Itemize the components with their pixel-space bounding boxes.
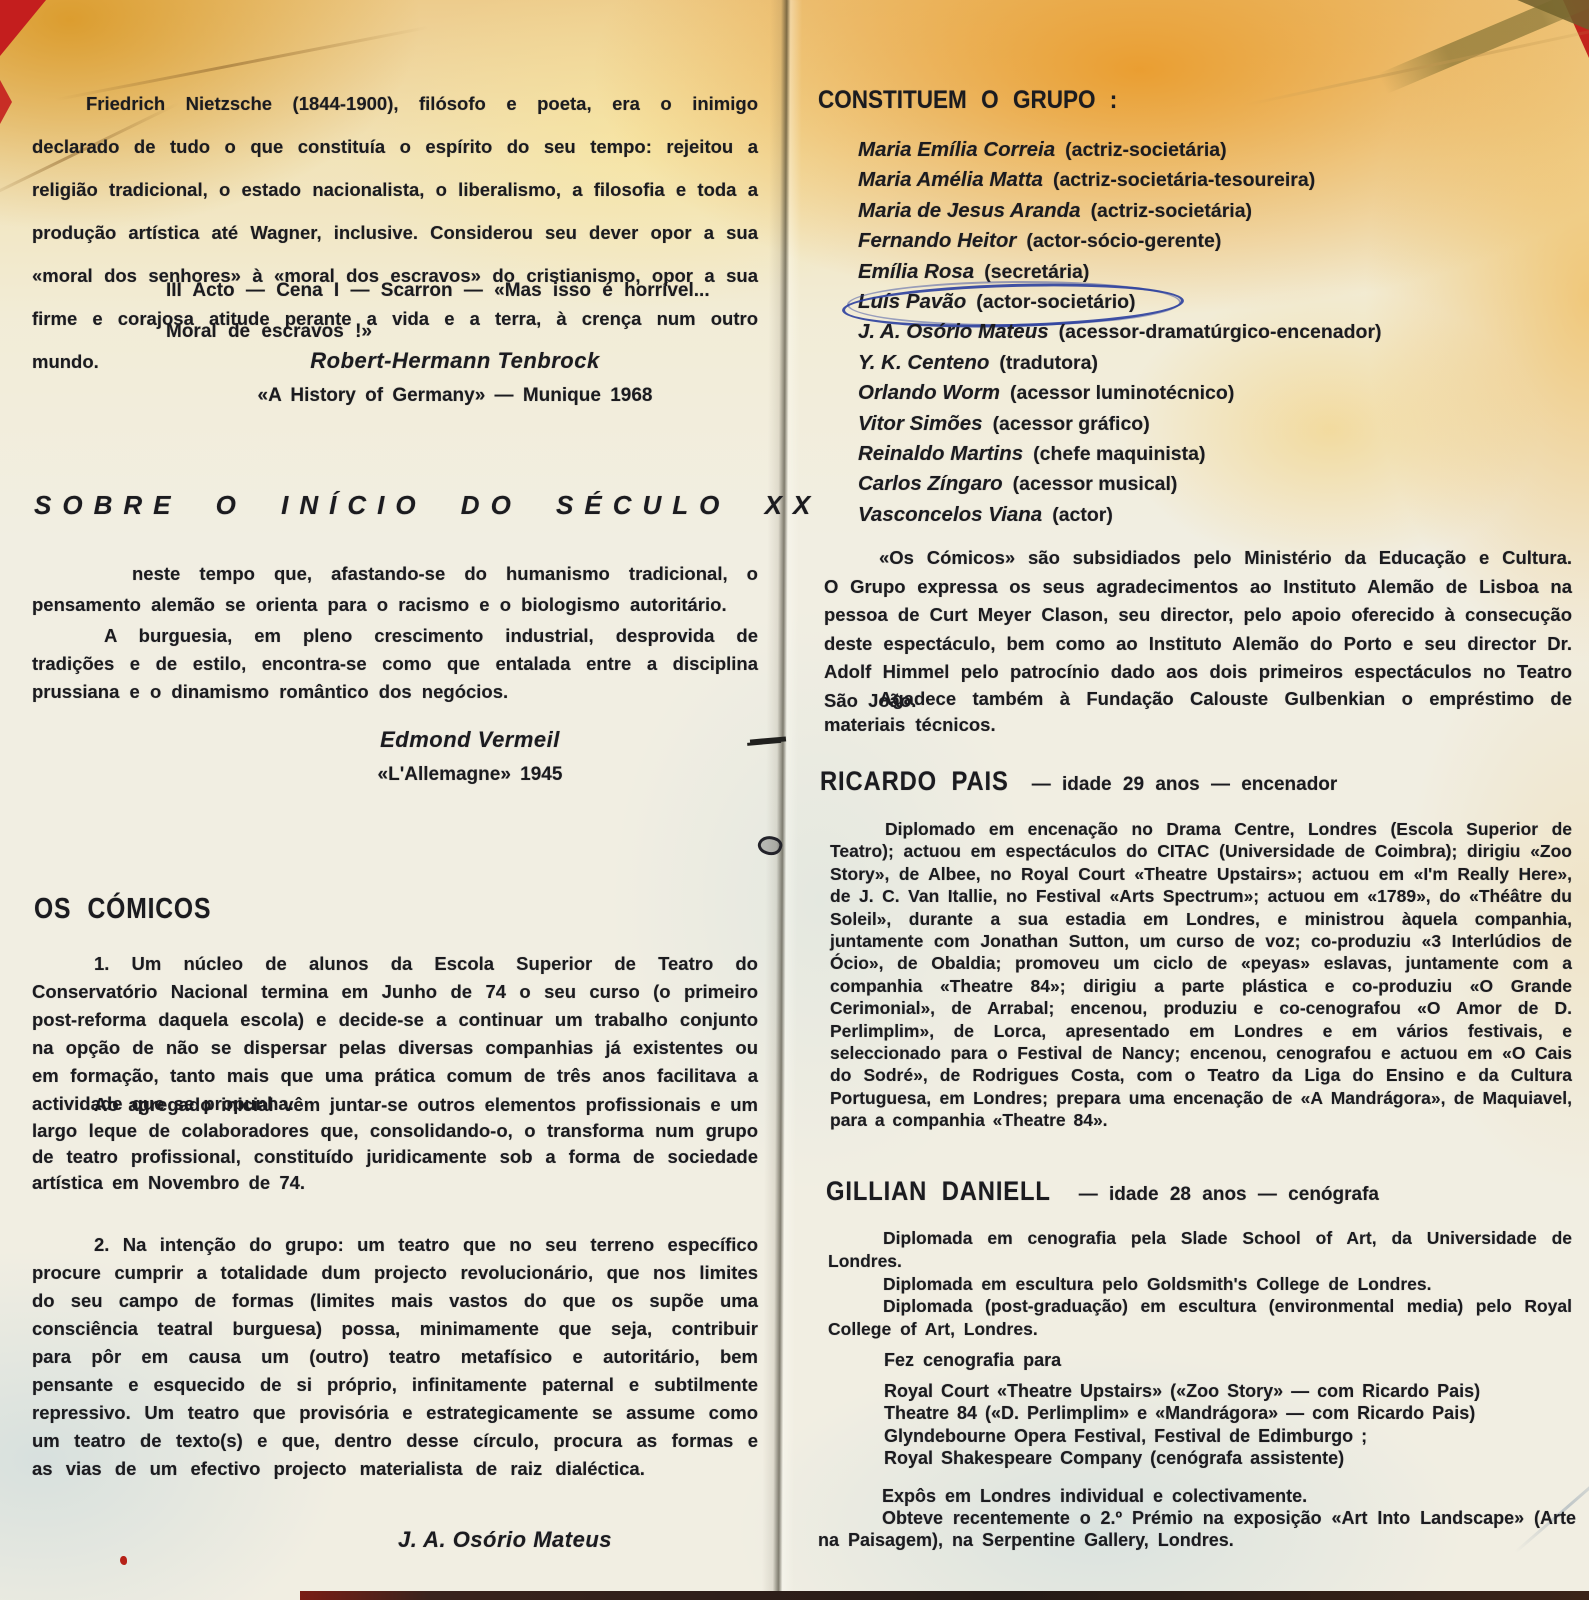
signature-osorio-mateus: J. A. Osório Mateus bbox=[290, 1527, 720, 1553]
group-heading: CONSTITUEM O GRUPO : bbox=[818, 86, 1117, 115]
cenography-credit-list: Royal Court «Theatre Upstairs» («Zoo Sto… bbox=[884, 1380, 1480, 1469]
member-name: Emília Rosa bbox=[858, 260, 974, 283]
member-row: Reinaldo Martins(chefe maquinista) bbox=[858, 440, 1382, 470]
person-name: RICARDO PAIS bbox=[820, 766, 1009, 797]
gillian-diploma-1: Diplomada em cenografia pela Slade Schoo… bbox=[828, 1227, 1572, 1272]
credits-intro-word: Fez bbox=[884, 1350, 914, 1370]
fold-crease-band-top-right bbox=[1378, 0, 1589, 94]
credits-intro: Fez cenografia para bbox=[884, 1350, 1061, 1371]
member-row: Maria Emília Correia(actriz-societária) bbox=[858, 136, 1382, 166]
seculo-paragraph-2: A burguesia, em pleno crescimento indust… bbox=[32, 622, 758, 706]
citation-author: Edmond Vermeil bbox=[260, 727, 680, 753]
member-role: (acessor-dramatúrgico-encenador) bbox=[1059, 321, 1382, 343]
section-heading-seculo-xx: SOBRE O INÍCIO DO SÉCULO XX bbox=[34, 490, 821, 521]
center-fold-gutter bbox=[762, 0, 802, 1600]
member-name: Orlando Worm bbox=[858, 381, 1000, 404]
member-name: Fernando Heitor bbox=[858, 229, 1016, 252]
heading-gillian-daniell: GILLIAN DANIELL — idade 28 anos — cenógr… bbox=[826, 1176, 1379, 1207]
member-role: (chefe maquinista) bbox=[1033, 443, 1205, 465]
scan-edge-mark-left bbox=[0, 80, 12, 124]
member-role: (actor) bbox=[1052, 504, 1113, 526]
member-row: Orlando Worm(acessor luminotécnico) bbox=[858, 379, 1382, 409]
subsidy-paragraph-2: Agadece também à Fundação Calouste Gulbe… bbox=[824, 686, 1572, 738]
scarron-quote: III Acto — Cena I — Scarron — «Mas isso … bbox=[166, 270, 731, 352]
group-member-list: Maria Emília Correia(actriz-societária) … bbox=[858, 136, 1382, 531]
credit-item: Theatre 84 («D. Perlimplim» e «Mandrágor… bbox=[884, 1402, 1480, 1424]
member-name: Vitor Simões bbox=[858, 412, 983, 435]
ricardo-pais-bio: Diplomado em encenação no Drama Centre, … bbox=[830, 818, 1572, 1132]
citation-work: «A History of Germany» — Munique 1968 bbox=[240, 385, 670, 407]
credits-intro-word: para bbox=[1023, 1350, 1061, 1370]
citation-tenbrock: Robert-Hermann Tenbrock «A History of Ge… bbox=[240, 348, 670, 407]
member-row: Vasconcelos Viana(actor) bbox=[858, 501, 1382, 531]
credit-item: Royal Shakespeare Company (cenógrafa ass… bbox=[884, 1447, 1480, 1469]
member-row: Maria de Jesus Aranda(actriz-societária) bbox=[858, 197, 1382, 227]
citation-author: Robert-Hermann Tenbrock bbox=[240, 348, 670, 374]
member-role: (actor-sócio-gerente) bbox=[1026, 230, 1221, 252]
member-name: Maria Amélia Matta bbox=[858, 168, 1043, 191]
gillian-diploma-3: Diplomada (post-graduação) em escultura … bbox=[828, 1295, 1572, 1340]
member-row: Fernando Heitor(actor-sócio-gerente) bbox=[858, 227, 1382, 257]
member-name: Carlos Zíngaro bbox=[858, 472, 1003, 495]
heading-ricardo-pais: RICARDO PAIS — idade 29 anos — encenador bbox=[820, 766, 1337, 797]
member-role: (actriz-societária) bbox=[1091, 200, 1252, 222]
member-row: J. A. Osório Mateus(acessor-dramatúrgico… bbox=[858, 318, 1382, 348]
citation-vermeil: Edmond Vermeil «L'Allemagne» 1945 bbox=[260, 727, 680, 786]
gillian-closing-2: Obteve recentemente o 2.º Prémio na expo… bbox=[818, 1507, 1576, 1552]
credit-item: Glyndebourne Opera Festival, Festival de… bbox=[884, 1425, 1480, 1447]
section-heading-os-comicos: OS CÓMICOS bbox=[34, 893, 211, 926]
credits-intro-word-bold: cenografia bbox=[923, 1350, 1014, 1370]
member-name: Y. K. Centeno bbox=[858, 351, 989, 374]
citation-work: «L'Allemagne» 1945 bbox=[260, 764, 680, 786]
member-name: J. A. Osório Mateus bbox=[858, 320, 1049, 343]
credit-item: Royal Court «Theatre Upstairs» («Zoo Sto… bbox=[884, 1380, 1480, 1402]
comicos-paragraph-1b: Ao agregado inicial vêm juntar-se outros… bbox=[32, 1092, 758, 1196]
person-age-role: — idade 28 anos — cenógrafa bbox=[1079, 1184, 1379, 1205]
member-row: Maria Amélia Matta(actriz-societária-tes… bbox=[858, 166, 1382, 196]
person-age-role: — idade 29 anos — encenador bbox=[1032, 774, 1338, 795]
theatre-program-scan: Friedrich Nietzsche (1844-1900), filósof… bbox=[0, 0, 1589, 1600]
member-row-luis-pavao: Luís Pavão(actor-societário) bbox=[858, 288, 1382, 318]
scan-corner-mark-top-left bbox=[0, 0, 46, 56]
member-role: (actriz-societária-tesoureira) bbox=[1053, 169, 1315, 191]
member-name: Vasconcelos Viana bbox=[858, 503, 1042, 526]
member-row: Vitor Simões(acessor gráfico) bbox=[858, 410, 1382, 440]
member-row: Y. K. Centeno(tradutora) bbox=[858, 349, 1382, 379]
member-role: (acessor luminotécnico) bbox=[1010, 382, 1234, 404]
gillian-closing-1: Expôs em Londres individual e colectivam… bbox=[824, 1485, 1576, 1507]
gillian-diploma-2: Diplomada em escultura pelo Goldsmith's … bbox=[828, 1273, 1572, 1296]
member-row: Carlos Zíngaro(acessor musical) bbox=[858, 470, 1382, 500]
seculo-paragraph-1: neste tempo que, afastando-se do humanis… bbox=[32, 558, 758, 620]
ink-speck bbox=[120, 1556, 127, 1565]
member-role: (secretária) bbox=[984, 261, 1089, 283]
member-name: Maria de Jesus Aranda bbox=[858, 199, 1081, 222]
member-role: (tradutora) bbox=[999, 352, 1098, 374]
member-role: (acessor musical) bbox=[1013, 473, 1178, 495]
member-role: (actriz-societária) bbox=[1065, 139, 1226, 161]
scan-bottom-edge-shadow bbox=[300, 1591, 1589, 1600]
comicos-paragraph-2: 2. Na intenção do grupo: um teatro que n… bbox=[32, 1231, 758, 1483]
member-name: Maria Emília Correia bbox=[858, 138, 1055, 161]
member-role: (acessor gráfico) bbox=[993, 413, 1150, 435]
member-name: Reinaldo Martins bbox=[858, 442, 1023, 465]
person-name: GILLIAN DANIELL bbox=[826, 1176, 1051, 1207]
